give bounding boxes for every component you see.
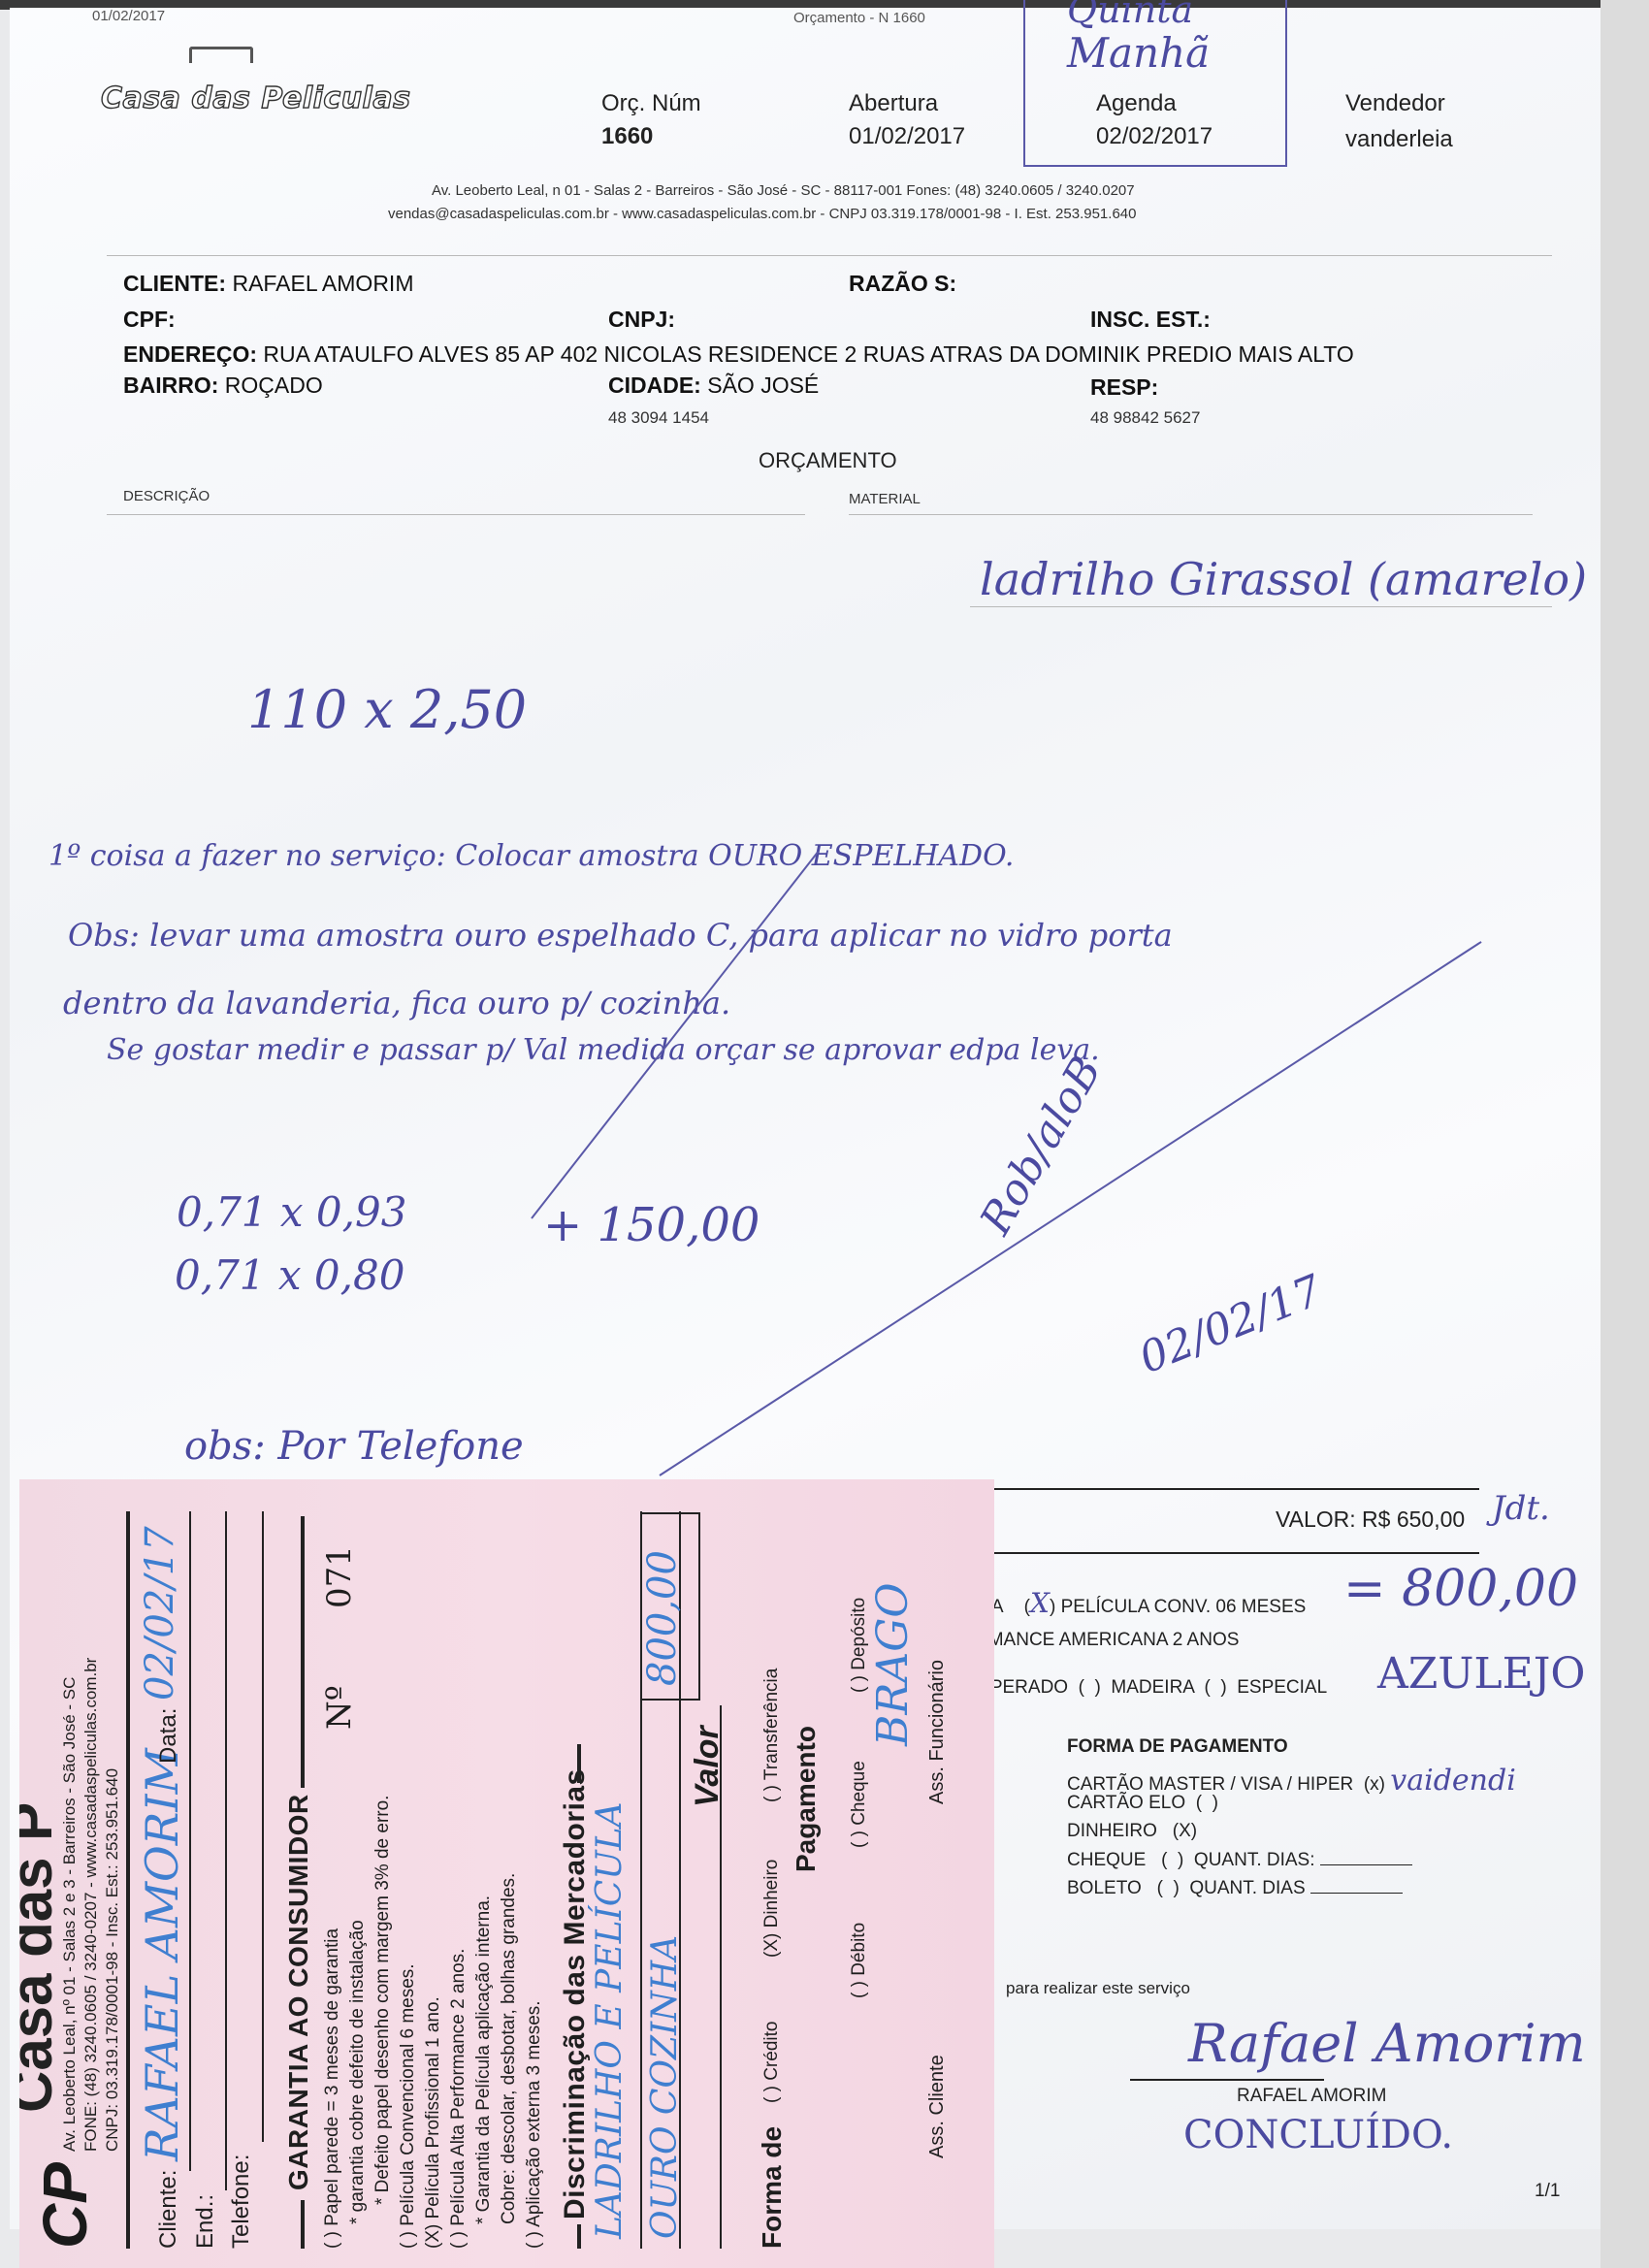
material-header: MATERIAL	[849, 491, 921, 507]
signature-line	[1130, 2079, 1324, 2081]
abertura-label: Abertura	[849, 90, 938, 117]
receipt-payment-label: Forma de	[757, 2126, 788, 2249]
receipt-warranty-item: ( ) Película Convencional 6 meses.	[396, 1963, 421, 2249]
note-line-1: 1º coisa a fazer no serviço: Colocar amo…	[48, 839, 1014, 873]
divider	[577, 1744, 581, 1783]
resp-row: RESP:	[1090, 374, 1158, 401]
receipt-goods-line-1: LADRILHO E PELÍCULA	[590, 1802, 630, 2240]
insc-row: INSC. EST.:	[1090, 307, 1211, 333]
receipt-client-label: Cliente:	[155, 2170, 182, 2249]
receipt-warranty-item: Cobre: descolar, desbotar, bolhas grande…	[497, 1873, 522, 2224]
warranty-line-2: RMANCE AMERICANA 2 ANOS	[975, 1630, 1239, 1651]
print-title: Orçamento - N 1660	[793, 10, 925, 26]
company-logo: Casa das Peliculas	[101, 81, 410, 115]
client-phone-2: 48 98842 5627	[1090, 408, 1200, 428]
receipt-employee-signature: BRAGO	[868, 1583, 918, 1746]
divider	[189, 1511, 191, 2171]
receipt-value: 800,00	[640, 1550, 685, 1686]
divider	[107, 514, 805, 515]
especial-value: AZULEJO	[1377, 1649, 1585, 1699]
vendedor: vanderleia	[1345, 126, 1453, 153]
measure-1: 110 x 2,50	[247, 679, 527, 740]
payment-boleto: BOLETO ( ) QUANT. DIAS	[1067, 1877, 1403, 1899]
note-line-2: Obs: levar uma amostra ouro espelhado C,…	[68, 917, 1173, 954]
endereco-row: ENDEREÇO: RUA ATAULFO ALVES 85 AP 402 NI…	[123, 341, 1354, 368]
orcamento-title: ORÇAMENTO	[759, 448, 897, 473]
page-indicator: 1/1	[1535, 2181, 1560, 2202]
divider	[262, 1511, 264, 2142]
divider	[994, 1488, 1479, 1490]
client-row: CLIENTE: RAFAEL AMORIM	[123, 271, 413, 297]
receipt-number-label: Nº	[320, 1685, 359, 1730]
client-name: RAFAEL AMORIM	[232, 271, 413, 296]
card-note: vaidendi	[1390, 1764, 1516, 1798]
divider	[994, 1552, 1479, 1554]
scan-right-edge	[1600, 0, 1649, 2268]
orc-num: 1660	[601, 123, 653, 150]
receipt-warranty-item: ( ) Aplicação externa 3 meses.	[522, 2000, 547, 2249]
measure-3: 0,71 x 0,80	[175, 1251, 404, 1299]
divider	[301, 1516, 305, 1788]
warranty-line-3: MPERADO ( ) MADEIRA ( ) ESPECIAL	[975, 1677, 1327, 1699]
abertura-date: 01/02/2017	[849, 123, 965, 150]
obs-phone: obs: Por Telefone	[184, 1424, 524, 1469]
receipt-date: 02/02/17	[138, 1526, 182, 1701]
status-concluded: CONCLUÍDO.	[1183, 2113, 1453, 2157]
agenda-note-day: Quinta	[1067, 0, 1193, 31]
receipt-phone-label: Telefone:	[228, 2155, 255, 2249]
receipt-payment-label-2: Pagamento	[791, 1726, 822, 1872]
total-handwritten: = 800,00	[1343, 1560, 1578, 1618]
client-signature: Rafael Amorim	[1188, 2013, 1586, 2074]
measure-2: 0,71 x 0,93	[177, 1188, 406, 1236]
payment-title: FORMA DE PAGAMENTO	[1067, 1736, 1288, 1758]
receipt-address-label: End.:	[192, 2194, 219, 2249]
receipt-date-label: Data:	[155, 1708, 182, 1764]
divider	[849, 514, 1533, 515]
divider	[107, 255, 1552, 256]
divider	[126, 1511, 130, 2249]
receipt-warranty-item: * garantia cobre defeito de instalação	[345, 1920, 371, 2224]
agenda-note-period: Manhã	[1067, 29, 1210, 77]
receipt-phone: FONE: (48) 3240.0605 / 3240-0207 - www.c…	[81, 1658, 101, 2152]
cpf-row: CPF:	[123, 307, 176, 333]
receipt-pay-deposit: ( ) Depósito	[849, 1598, 870, 1693]
client-address: RUA ATAULFO ALVES 85 AP 402 NICOLAS RESI…	[263, 341, 1353, 367]
cidade-row: CIDADE: SÃO JOSÉ	[608, 373, 819, 399]
receipt-warranty-item: * Garantia da Película aplicação interna…	[471, 1895, 497, 2224]
orc-num-label: Orç. Núm	[601, 90, 701, 117]
vendedor-label: Vendedor	[1345, 90, 1445, 117]
receipt-goods-title: Discriminação das Mercadorias	[559, 1768, 592, 2219]
payment-cheque: CHEQUE ( ) QUANT. DIAS:	[1067, 1849, 1412, 1871]
razao-row: RAZÃO S:	[849, 271, 956, 297]
client-phone-1: 48 3094 1454	[608, 408, 709, 428]
receipt-number: 071	[320, 1545, 359, 1608]
cnpj-row: CNPJ:	[608, 307, 675, 333]
receipt-pay-cash: (X) Dinheiro	[761, 1860, 783, 1958]
descricao-header: DESCRIÇÃO	[123, 488, 210, 504]
print-date: 01/02/2017	[92, 8, 165, 24]
divider	[577, 2224, 581, 2249]
receipt-logo: CP	[29, 2162, 101, 2249]
receipt-pay-cheque: ( ) Cheque	[849, 1761, 870, 1848]
receipt-warranty-item: (X) Película Profissional 1 ano.	[421, 1996, 446, 2249]
bairro-row: BAIRRO: ROÇADO	[123, 373, 323, 399]
receipt-client-name: RAFAEL AMORIM	[136, 1748, 188, 2161]
payment-elo: CARTÃO ELO ( )	[1067, 1793, 1218, 1814]
receipt-warranty-item: ( ) Papel parede = 3 meses de garantia	[320, 1928, 345, 2249]
receipt-employee-signature-label: Ass. Funcionário	[926, 1660, 949, 1804]
material-handwritten: ladrilho Girassol (amarelo)	[980, 553, 1587, 605]
warranty-line-1: TIA (X) PELÍCULA CONV. 06 MESES	[975, 1587, 1306, 1619]
receipt-warranty-item: ( ) Película Alta Performance 2 anos.	[446, 1949, 471, 2249]
staple-icon	[189, 47, 253, 63]
receipt-client-signature-label: Ass. Cliente	[926, 2055, 949, 2158]
receipt-brand: Casa das P	[19, 1802, 65, 2113]
service-text: para realizar este serviço	[1006, 1979, 1190, 1998]
extra-amount: + 150,00	[543, 1198, 760, 1252]
valor-total: VALOR: R$ 650,00	[1276, 1507, 1465, 1533]
receipt-pay-credit: ( ) Crédito	[761, 2022, 783, 2103]
signature-name: RAFAEL AMORIM	[1237, 2086, 1387, 2107]
receipt-value-label: Valor	[689, 1726, 727, 1807]
warranty-check-mark: X	[1030, 1587, 1050, 1619]
divider	[970, 606, 1552, 607]
company-contact: vendas@casadaspeliculas.com.br - www.cas…	[388, 206, 1136, 222]
valor-initial: Jdt.	[1492, 1489, 1550, 1528]
note-line-3: dentro da lavanderia, fica ouro p/ cozin…	[63, 985, 730, 1021]
receipt-warranty-item: * Defeito papel desenho com margem 3% de…	[371, 1796, 396, 2205]
receipt-cnpj: CNPJ: 03.319.178/0001-98 - Insc. Est.: 2…	[103, 1768, 122, 2152]
receipt-pay-debit: ( ) Débito	[849, 1923, 870, 1998]
company-address: Av. Leoberto Leal, n 01 - Salas 2 - Barr…	[432, 182, 1135, 199]
divider	[301, 2200, 305, 2249]
divider	[225, 1511, 227, 2190]
receipt-pay-transfer: ( ) Transferência	[761, 1669, 783, 1802]
receipt-address: Av. Leoberto Leal, nº 01 - Salas 2 e 3 -…	[60, 1677, 80, 2152]
payment-cash: DINHEIRO (X)	[1067, 1821, 1197, 1842]
receipt-warranty-title: GARANTIA AO CONSUMIDOR	[283, 1794, 314, 2190]
note-line-4: Se gostar medir e passar p/ Val medida o…	[107, 1033, 1100, 1067]
